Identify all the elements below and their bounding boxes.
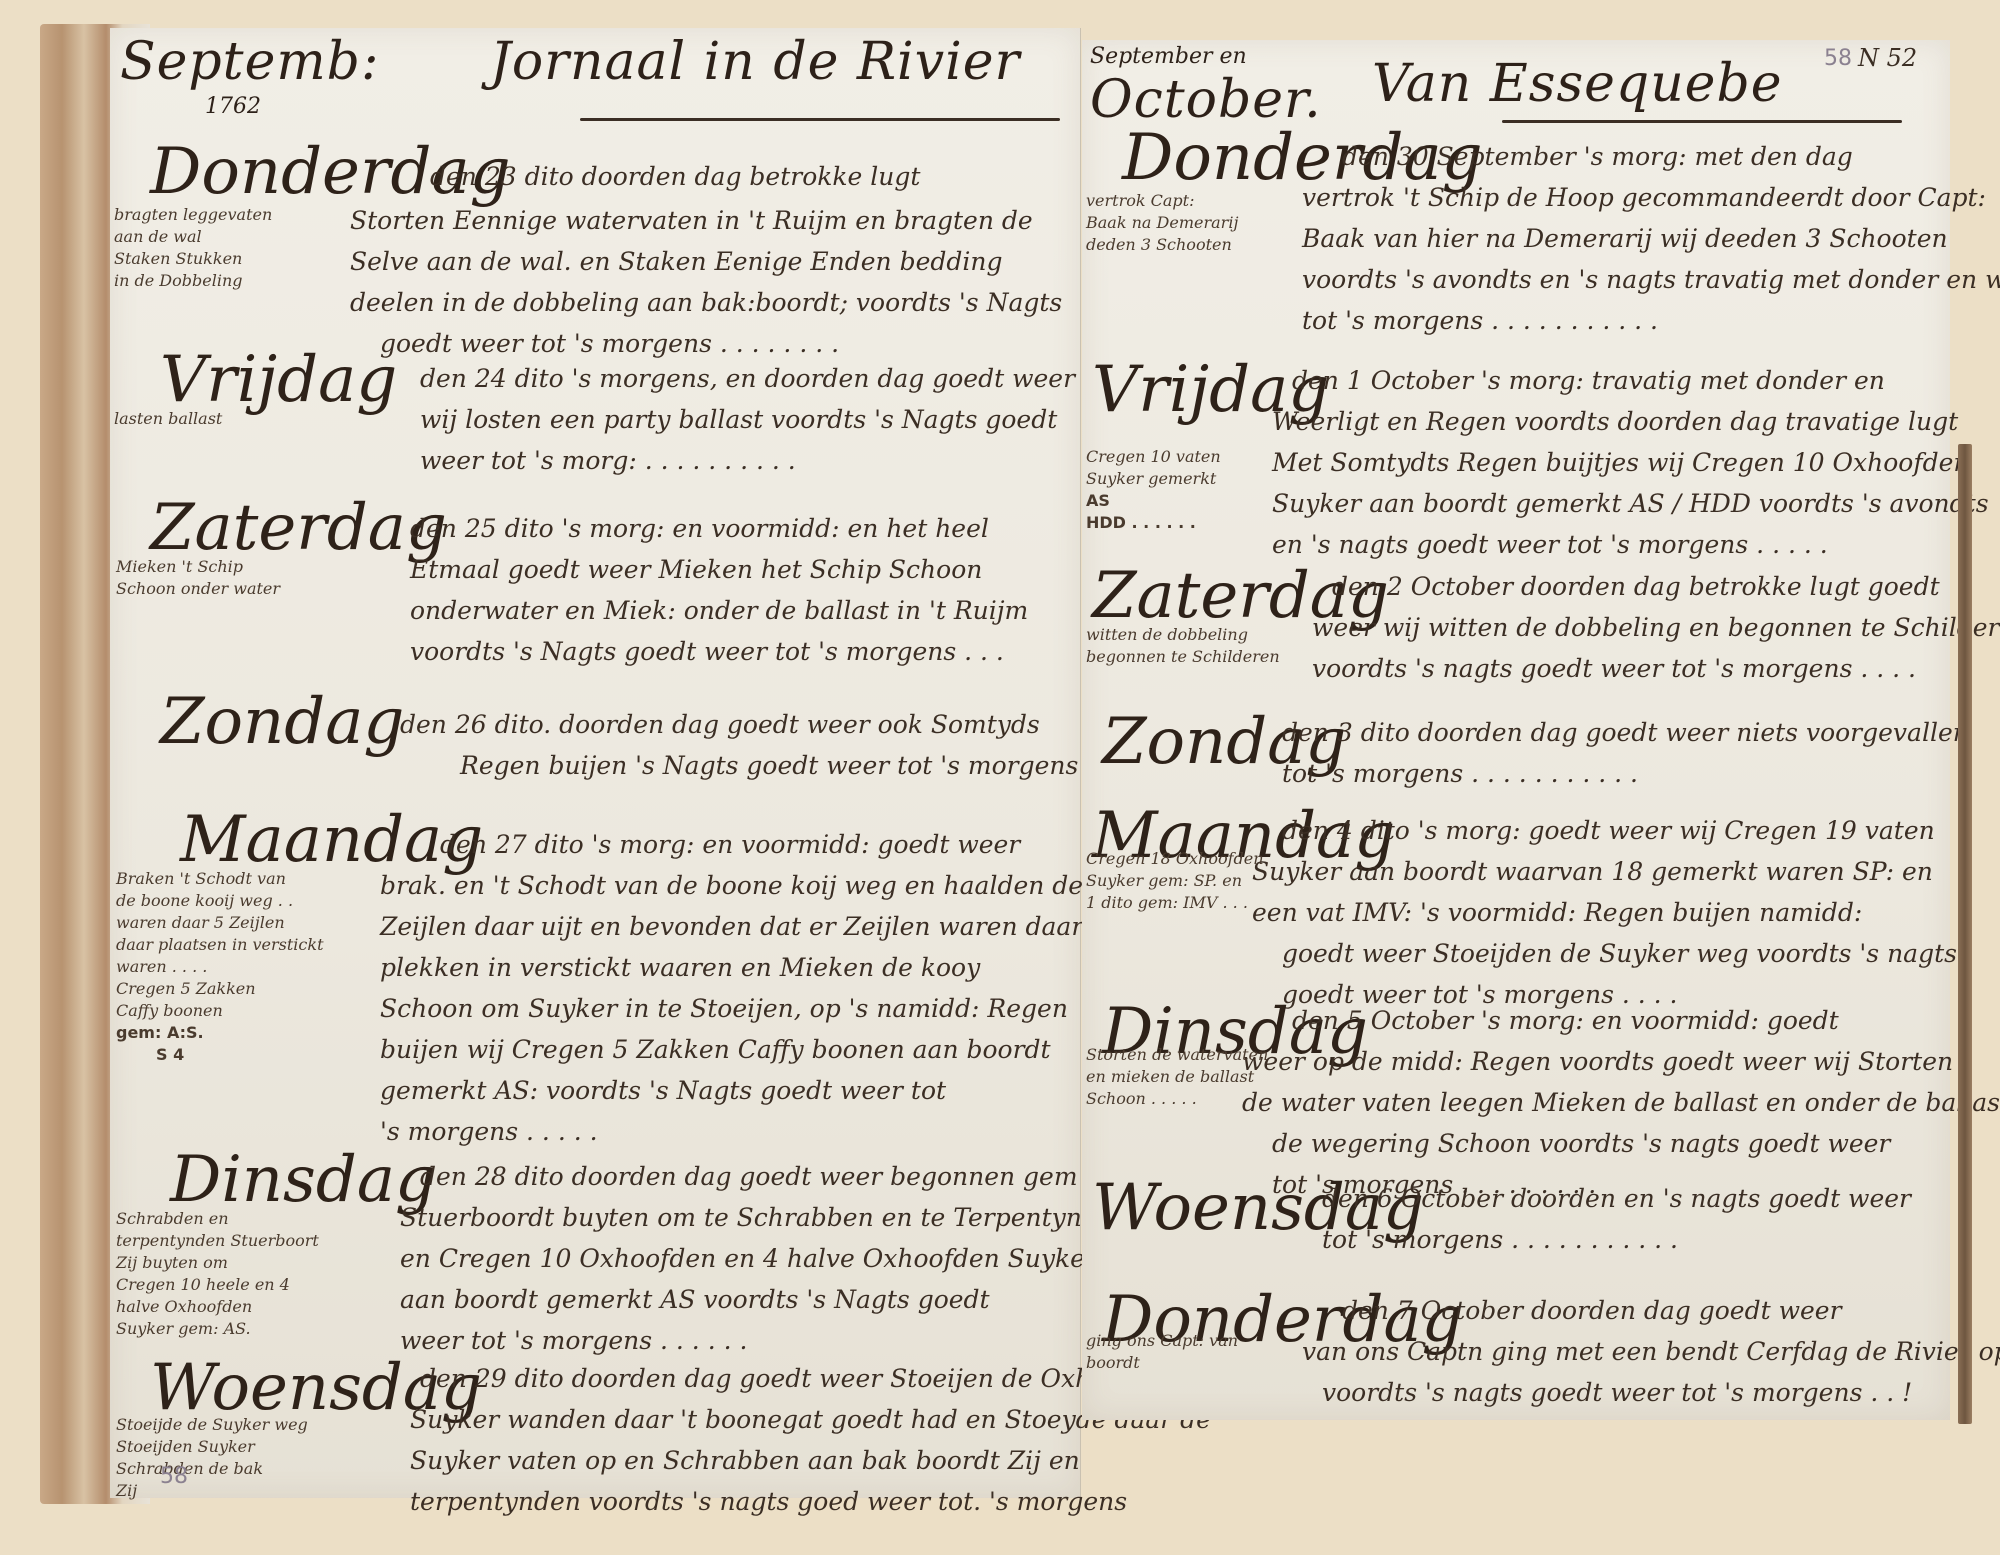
open-journal: Septemb: 1762 Jornaal in de Rivier Donde…: [40, 24, 1975, 1534]
day-heading: Dinsdag: [170, 1148, 436, 1212]
entry-text: den 2 October doorden dag betrokke lugt …: [1312, 566, 2000, 689]
margin-note: Braken 't Schodt van de boone kooij weg …: [116, 868, 266, 1066]
entry-text: den 30 September 's morg: met den dag ve…: [1302, 136, 2000, 341]
margin-note: vertrok Capt: Baak na Demerarij deden 3 …: [1086, 190, 1236, 256]
right-page: September en October. Van Essequebe 58 N…: [1082, 40, 1950, 1420]
entry-text: den 4 dito 's morg: goedt weer wij Crege…: [1252, 810, 1957, 1015]
left-header-title: Jornaal in de Rivier: [490, 32, 1020, 92]
right-header-months: September en: [1090, 44, 1247, 69]
margin-note: ging ons Capt: van boordt: [1086, 1330, 1236, 1374]
day-heading: Vrijdag: [160, 348, 397, 412]
entry-text: den 6 October doorden en 's nagts goedt …: [1322, 1178, 1911, 1260]
left-header-year: 1762: [205, 94, 261, 119]
entry-text: den 24 dito 's morgens, en doorden dag g…: [420, 358, 1075, 481]
entry-text: Storten Eennige watervaten in 't Ruijm e…: [350, 200, 1062, 364]
page-number: 58: [160, 1464, 188, 1489]
page-number: 58: [1824, 46, 1852, 71]
header-underline: [1502, 120, 1902, 123]
left-header-month: Septemb:: [120, 32, 379, 92]
entry-text: den 27 dito 's morg: en voormidd: goedt …: [380, 824, 1083, 1152]
entry-text: den 28 dito doorden dag goedt weer begon…: [400, 1156, 1113, 1361]
entry-text: den 26 dito. doorden dag goedt weer ook …: [400, 704, 1126, 786]
margin-note: Mieken 't Schip Schoon onder water: [116, 556, 266, 600]
entry-text: den 3 dito doorden dag goedt weer niets …: [1282, 712, 1969, 794]
left-page: Septemb: 1762 Jornaal in de Rivier Donde…: [110, 28, 1081, 1498]
entry-text: den 23 dito doorden dag betrokke lugt: [430, 156, 920, 197]
margin-note: witten de dobbeling begonnen te Schilder…: [1086, 624, 1236, 668]
entry-text: den 25 dito 's morg: en voormidd: en het…: [410, 508, 1028, 672]
margin-note: Cregen 18 Oxhoofden Suyker gem: SP. en 1…: [1086, 848, 1236, 914]
header-underline: [580, 118, 1060, 121]
right-header-title: Van Essequebe: [1372, 54, 1783, 114]
margin-note: lasten ballast: [114, 408, 264, 430]
margin-note: Storten de watervaten en mieken de balla…: [1086, 1044, 1236, 1110]
margin-note: Cregen 10 vaten Suyker gemerkt AS HDD . …: [1086, 446, 1236, 534]
margin-note: Stoeijde de Suyker weg Stoeijden Suyker …: [116, 1414, 266, 1502]
back-cover-edge: [1958, 444, 1972, 1424]
entry-text: den 1 October 's morg: travatig met dond…: [1272, 360, 1989, 565]
margin-note: bragten leggevaten aan de wal Staken Stu…: [114, 204, 264, 292]
day-heading: Zondag: [160, 690, 404, 754]
entry-text: den 7 October doorden dag goedt weer van…: [1302, 1290, 2000, 1413]
day-heading: Zaterdag: [150, 496, 447, 560]
margin-note: Schrabden en terpentynden Stuerboort Zij…: [116, 1208, 266, 1340]
folio-number: N 52: [1858, 44, 1917, 72]
